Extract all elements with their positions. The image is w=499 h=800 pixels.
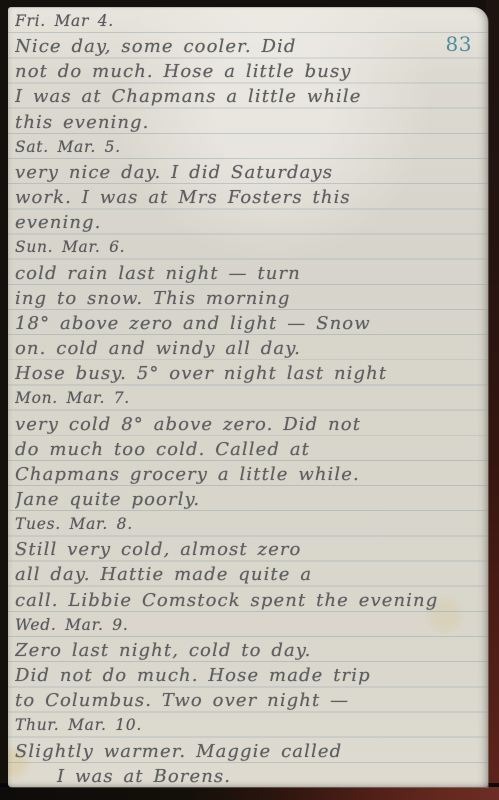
entry-date: Sat. Mar. 5. [15,135,484,160]
entry-date: Fri. Mar 4. [15,9,484,34]
entry-line: Did not do much. Hose made trip [15,663,484,688]
entry-line: on. cold and windy all day. [15,336,484,361]
entry-line: Still very cold, almost zero [15,537,484,562]
entry-date: Wed. Mar. 9. [15,613,484,638]
entry-line: do much too cold. Called at [15,437,484,462]
entry-date: Sun. Mar. 6. [15,235,484,260]
entry-line: work. I was at Mrs Fosters this [15,185,484,210]
entry-line: Chapmans grocery a little while. [15,462,484,487]
entry-line: Slightly warmer. Maggie called [15,739,484,764]
entry-line: Nice day, some cooler. Did [15,34,484,59]
entry-line: I was at Chapmans a little while [15,84,484,109]
entry-line: Hose busy. 5° over night last night [15,361,484,386]
entry-date: Thur. Mar. 10. [15,713,484,738]
entry-line: all day. Hattie made quite a [15,562,484,587]
entry-line: very nice day. I did Saturdays [15,160,484,185]
entry-line: evening. [15,210,484,235]
entry-line: this evening. [15,110,484,135]
entry-line: Jane quite poorly. [15,487,484,512]
entry-line: to Columbus. Two over night — [15,688,484,713]
entry-line: call. Libbie Comstock spent the evening [15,588,484,613]
entry-line: very cold 8° above zero. Did not [15,412,484,437]
diary-page: 83 Fri. Mar 4. Nice day, some cooler. Di… [8,7,488,787]
entry-line: Zero last night, cold to day. [15,638,484,663]
entry-line: not do much. Hose a little busy [15,59,484,84]
entry-line: 18° above zero and light — Snow [15,311,484,336]
entry-line: cold rain last night — turn [15,261,484,286]
entry-line: I was at Borens. [15,764,484,787]
entry-date: Tues. Mar. 8. [15,512,484,537]
entry-date: Mon. Mar. 7. [15,386,484,411]
book-cover-bottom-edge [0,786,499,800]
entry-line: ing to snow. This morning [15,286,484,311]
diary-photo: 83 Fri. Mar 4. Nice day, some cooler. Di… [0,0,499,800]
handwritten-content: Fri. Mar 4. Nice day, some cooler. Did n… [15,9,484,787]
